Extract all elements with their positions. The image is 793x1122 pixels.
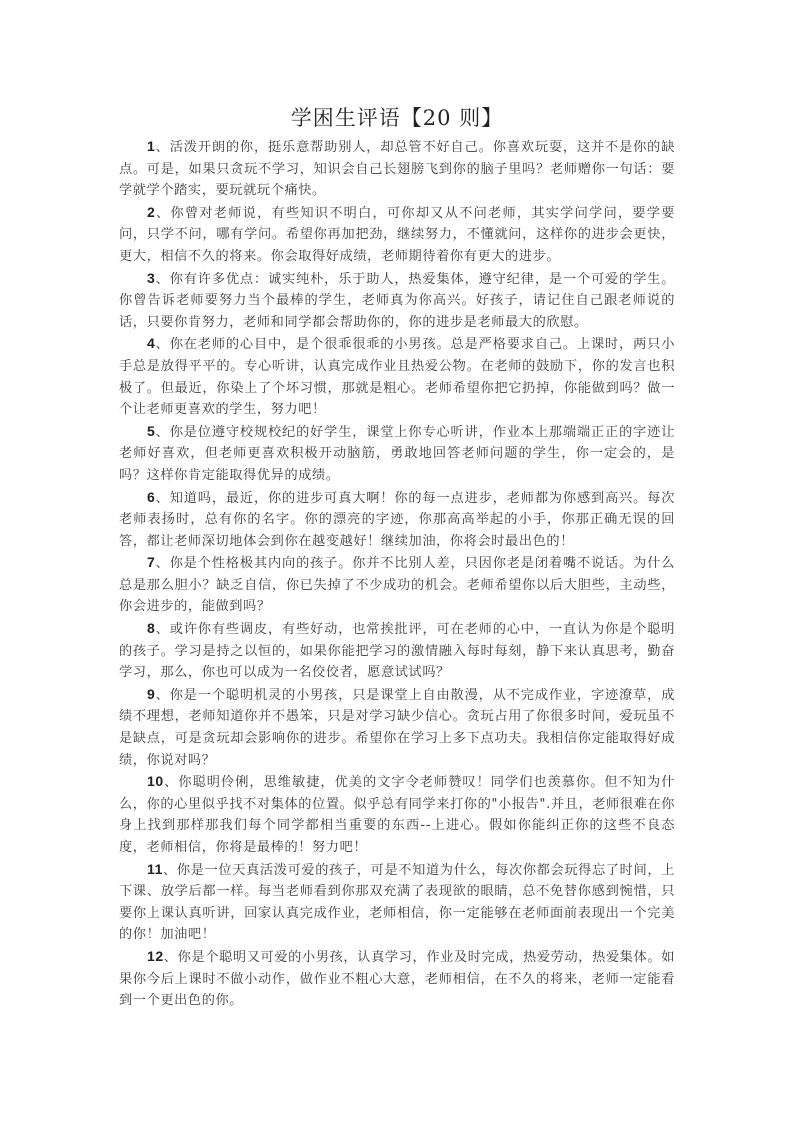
comment-paragraph-6: 6、知道吗，最近，你的进步可真大啊！你的每一点进步，老师都为你感到高兴。每次老师… bbox=[119, 487, 675, 553]
comment-paragraph-10: 10、你聪明伶俐，思维敏捷，优美的文字令老师赞叹！同学们也羡慕你。但不知为什么，… bbox=[119, 771, 675, 858]
comment-separator: 、 bbox=[155, 272, 169, 287]
comment-text: 你是位遵守校规校纪的好学生，课堂上你专心听讲，作业本上那端端正正的字迹让老师好喜… bbox=[119, 425, 675, 483]
comment-paragraph-11: 11、你是一位天真活泼可爱的孩子，可是不知道为什么，每次你都会玩得忘了时间，上下… bbox=[119, 859, 675, 946]
comment-paragraph-5: 5、你是位遵守校规校纪的好学生，课堂上你专心听讲，作业本上那端端正正的字迹让老师… bbox=[119, 421, 675, 487]
comment-paragraph-12: 12、你是个聪明又可爱的小男孩，认真学习，作业及时完成，热爱劳动，热爱集体。如果… bbox=[119, 946, 675, 1012]
comment-text: 知道吗，最近，你的进步可真大啊！你的每一点进步，老师都为你感到高兴。每次老师表扬… bbox=[119, 491, 675, 549]
comment-text: 你是个性格极其内向的孩子。你并不比别人差，只因你老是闭着嘴不说话。为什么总是那么… bbox=[119, 556, 675, 614]
comment-paragraph-7: 7、你是个性格极其内向的孩子。你并不比别人差，只因你老是闭着嘴不说话。为什么总是… bbox=[119, 552, 675, 618]
comment-paragraph-4: 4、你在老师的心目中，是个很乖很乖的小男孩。总是严格要求自己。上课时，两只小手总… bbox=[119, 333, 675, 420]
comment-separator: 、 bbox=[155, 622, 169, 637]
comment-paragraph-9: 9、你是一个聪明机灵的小男孩，只是课堂上自由散漫，从不完成作业，字迹潦草，成绩不… bbox=[119, 684, 675, 771]
comment-separator: 、 bbox=[163, 863, 177, 878]
comment-paragraph-8: 8、或许你有些调皮，有些好动，也常挨批评，可在老师的心中，一直认为你是个聪明的孩… bbox=[119, 618, 675, 684]
document-page: 学困生评语【20 则】 1、活泼开朗的你，挺乐意帮助别人，却总管不好自己。你喜欢… bbox=[119, 104, 675, 1012]
comment-paragraph-1: 1、活泼开朗的你，挺乐意帮助别人，却总管不好自己。你喜欢玩耍，这并不是你的缺点。… bbox=[119, 136, 675, 202]
comment-paragraph-3: 3、你有许多优点：诚实纯朴，乐于助人，热爱集体，遵守纪律，是一个可爱的学生。你曾… bbox=[119, 268, 675, 334]
comment-text: 你在老师的心目中，是个很乖很乖的小男孩。总是严格要求自己。上课时，两只小手总是放… bbox=[119, 337, 675, 417]
comment-text: 你有许多优点：诚实纯朴，乐于助人，热爱集体，遵守纪律，是一个可爱的学生。你曾告诉… bbox=[119, 272, 675, 330]
comment-separator: 、 bbox=[155, 206, 170, 221]
comment-text: 你是一位天真活泼可爱的孩子，可是不知道为什么，每次你都会玩得忘了时间，上下课、放… bbox=[119, 863, 675, 943]
comment-separator: 、 bbox=[164, 950, 178, 965]
comment-text: 活泼开朗的你，挺乐意帮助别人，却总管不好自己。你喜欢玩耍，这并不是你的缺点。可是… bbox=[119, 140, 675, 198]
comment-separator: 、 bbox=[155, 140, 169, 155]
comment-number: 12 bbox=[147, 948, 164, 964]
comment-separator: 、 bbox=[164, 775, 179, 790]
comment-text: 或许你有些调皮，有些好动，也常挨批评，可在老师的心中，一直认为你是个聪明的孩子。… bbox=[119, 622, 675, 680]
comment-separator: 、 bbox=[155, 491, 169, 506]
comment-text: 你是一个聪明机灵的小男孩，只是课堂上自由散漫，从不完成作业，字迹潦草，成绩不理想… bbox=[119, 688, 675, 768]
document-title: 学困生评语【20 则】 bbox=[119, 104, 675, 132]
comment-separator: 、 bbox=[155, 425, 169, 440]
comment-paragraph-2: 2、你曾对老师说，有些知识不明白，可你却又从不问老师，其实学问学问，要学要问，只… bbox=[119, 202, 675, 268]
comment-text: 你是个聪明又可爱的小男孩，认真学习，作业及时完成，热爱劳动，热爱集体。如果你今后… bbox=[119, 950, 675, 1008]
comment-number: 11 bbox=[147, 861, 163, 877]
comment-separator: 、 bbox=[155, 556, 169, 571]
comment-separator: 、 bbox=[155, 337, 169, 352]
comment-text: 你聪明伶俐，思维敏捷，优美的文字令老师赞叹！同学们也羡慕你。但不知为什么，你的心… bbox=[119, 775, 675, 855]
comment-number: 10 bbox=[147, 773, 164, 789]
comment-text: 你曾对老师说，有些知识不明白，可你却又从不问老师，其实学问学问，要学要问，只学不… bbox=[119, 206, 675, 264]
comment-separator: 、 bbox=[155, 688, 169, 703]
